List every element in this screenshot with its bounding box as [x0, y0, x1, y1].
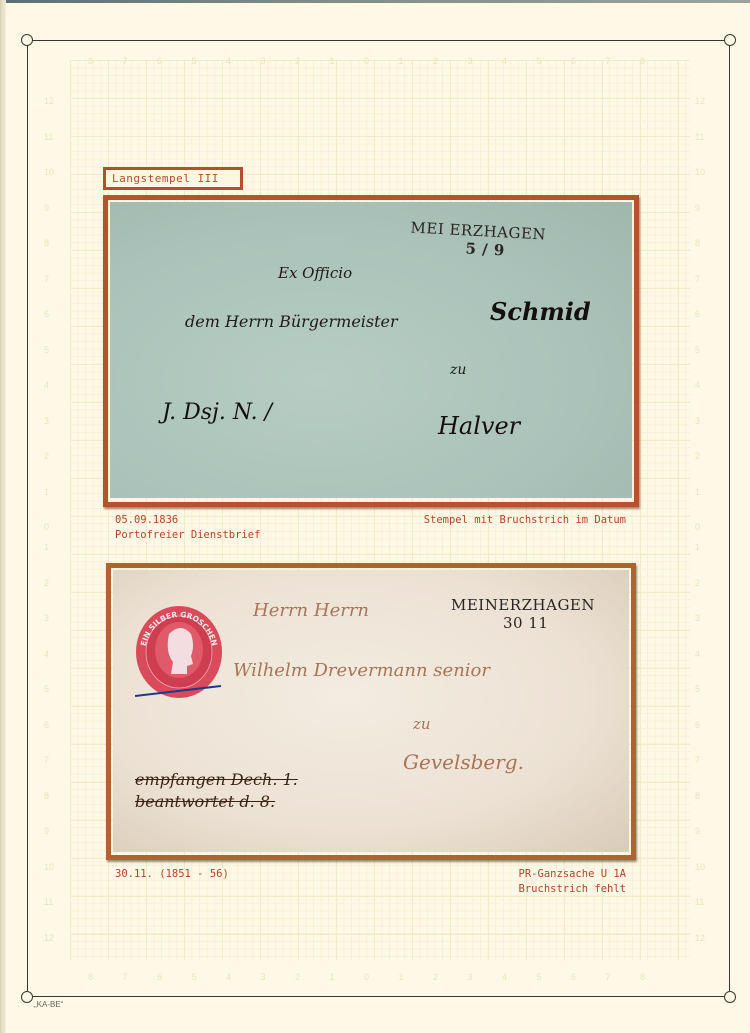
cover-2-note-line: empfangen Dech. 1.: [135, 770, 298, 789]
cover-1-caption-left: 05.09.1836 Portofreier Dienstbrief: [115, 513, 260, 543]
cover-1-address-line: dem Herrn Bürgermeister: [185, 312, 398, 331]
section-label-text: Langstempel III: [112, 172, 219, 185]
cover-1-date: 05.09.1836: [115, 513, 260, 528]
cover-1-note: Stempel mit Bruchstrich im Datum: [424, 513, 626, 528]
frame-corner-ornament: [724, 34, 736, 46]
cover-2-postmark: MEINERZHAGEN 30 11: [451, 596, 595, 632]
cover-2-caption-left: 30.11. (1851 - 56): [115, 867, 229, 882]
cover-1-type: Portofreier Dienstbrief: [115, 528, 260, 543]
cover-2-note: Bruchstrich fehlt: [519, 882, 626, 897]
cover-1-caption-right: Stempel mit Bruchstrich im Datum: [424, 513, 626, 528]
cover-2-address-line: zu: [413, 715, 431, 733]
cover-2-address-name: Wilhelm Drevermann senior: [233, 660, 490, 681]
cover-2[interactable]: EIN SILBER GROSCHEN MEINERZHAGEN 30 11 H…: [106, 563, 636, 860]
section-label: Langstempel III: [103, 167, 243, 190]
cover-2-note-line: beantwortet d. 8.: [135, 792, 275, 811]
frame-corner-ornament: [21, 34, 33, 46]
top-edge: [0, 0, 750, 3]
cover-1[interactable]: MEI ERZHAGEN 5 / 9 Ex Officio dem Herrn …: [103, 195, 639, 507]
cover-2-type: PR-Ganzsache U 1A: [519, 867, 626, 882]
cover-2-address-line: Herrn Herrn: [253, 600, 369, 621]
cover-1-paper: MEI ERZHAGEN 5 / 9 Ex Officio dem Herrn …: [110, 202, 632, 498]
cover-1-postmark: MEI ERZHAGEN 5 / 9: [409, 218, 546, 261]
cover-1-address-line: zu: [450, 362, 466, 378]
cover-1-address-name: Schmid: [490, 297, 591, 326]
cover-1-address-line: Ex Officio: [278, 264, 352, 282]
page-binding-edge: [0, 0, 6, 1033]
cover-2-paper: EIN SILBER GROSCHEN MEINERZHAGEN 30 11 H…: [113, 570, 629, 852]
frame-corner-ornament: [724, 991, 736, 1003]
publisher-mark: „KA-BE“: [34, 1000, 63, 1009]
cover-2-date: 30.11. (1851 - 56): [115, 867, 229, 882]
frame-corner-ornament: [21, 991, 33, 1003]
cover-2-caption-right: PR-Ganzsache U 1A Bruchstrich fehlt: [519, 867, 626, 897]
postmark-town: MEINERZHAGEN: [451, 596, 595, 614]
cover-1-franking-note: J. Dsj. N. /: [162, 400, 272, 425]
cover-1-address-town: Halver: [438, 412, 520, 440]
cover-2-address-town: Gevelsberg.: [403, 750, 524, 774]
embossed-stamp-icon: EIN SILBER GROSCHEN: [135, 604, 223, 702]
postmark-date: 30 11: [451, 614, 595, 632]
